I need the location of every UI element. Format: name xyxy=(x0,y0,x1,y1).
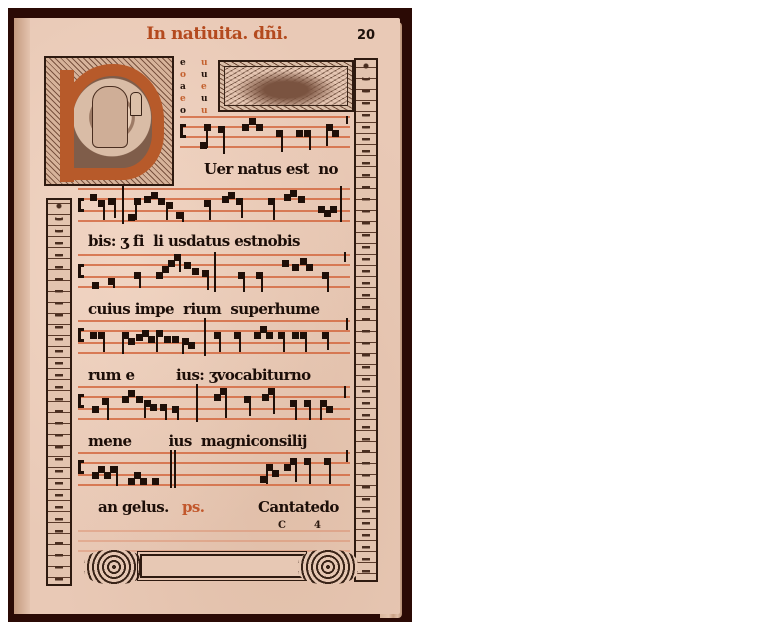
fruit-basket-engraving xyxy=(224,66,348,106)
decorative-fruit-basket-panel xyxy=(218,60,354,112)
seated-figure-illustration xyxy=(92,86,128,148)
woodcut-initial xyxy=(44,56,174,186)
running-header: In natiuita. dñi. xyxy=(142,24,292,44)
left-floral-border xyxy=(46,198,72,586)
c-clef-icon xyxy=(78,394,84,408)
page: In natiuita. dñi. 20 e u o u a e e u o u xyxy=(14,18,400,614)
bottom-cartouche-ornament xyxy=(84,550,360,584)
right-floral-border xyxy=(354,58,378,582)
staff-2 xyxy=(78,186,350,226)
rubric-marks: e u o u a e e u o u xyxy=(180,58,220,114)
page-number: 20 xyxy=(357,28,375,43)
lyric-line-6b: Cantatedo xyxy=(258,498,339,516)
c-clef-icon xyxy=(180,124,186,138)
manuscript-photo: In natiuita. dñi. 20 e u o u a e e u o u xyxy=(8,8,412,622)
staff-1 xyxy=(180,116,350,156)
staff-6 xyxy=(78,450,350,490)
lyric-line-2: bis: ʒ fi li usdatus estnobis xyxy=(88,232,300,250)
lyric-line-3: cuius impe rium superhume xyxy=(88,300,320,318)
scroll-ornament-right xyxy=(298,550,358,584)
lyric-line-6a: an gelus. xyxy=(98,498,169,516)
c-clef-icon xyxy=(78,198,84,212)
staff-5 xyxy=(78,384,350,424)
rubric-mark: a xyxy=(180,82,199,92)
staff-3 xyxy=(78,252,350,292)
rubric-mark: e xyxy=(180,94,199,104)
initial-stem xyxy=(60,70,74,182)
rubric-mark: o xyxy=(180,106,199,116)
lyric-line-5: mene ius magniconsilij xyxy=(88,432,307,450)
rubric-mark: e xyxy=(180,58,199,68)
c-clef-icon xyxy=(78,328,84,342)
psalm-rubric: ps. xyxy=(182,498,204,516)
c-clef-icon xyxy=(78,460,84,474)
lyric-line-4: rum e ius: ʒvocabiturno xyxy=(88,366,311,384)
scroll-ornament-left xyxy=(84,550,144,584)
c-clef-icon xyxy=(78,264,84,278)
staff-4 xyxy=(78,318,350,358)
rubric-mark: o xyxy=(180,70,199,80)
cartouche-frame xyxy=(140,554,304,578)
chalice-icon xyxy=(130,92,142,116)
lyric-line-1: Uer natus est no xyxy=(204,160,338,178)
page-gutter xyxy=(14,18,30,614)
